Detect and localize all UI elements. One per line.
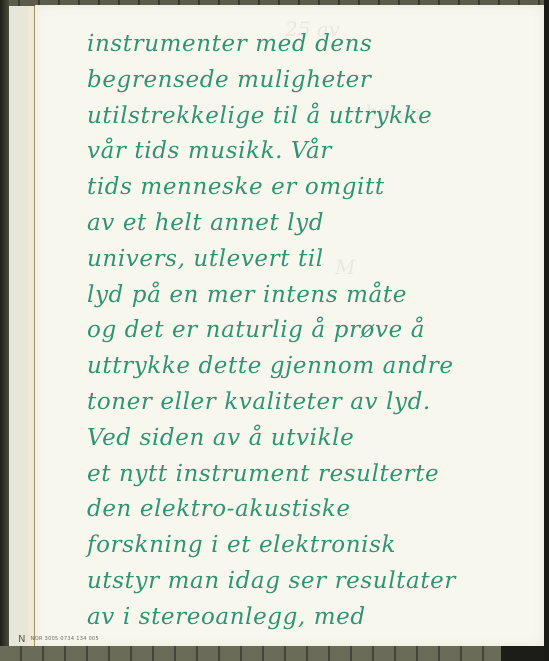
- text-line: Ved siden av å utvikle: [87, 421, 547, 457]
- text-line: og det er naturlig å prøve å: [87, 313, 547, 349]
- text-line: begrensede muligheter: [87, 63, 547, 99]
- text-line: av et helt annet lyd: [87, 206, 547, 242]
- text-line: av i stereoanlegg, med: [87, 600, 547, 636]
- text-line: utilstrekkelige til å uttrykke: [87, 99, 547, 135]
- text-line: den elektro-akustiske: [87, 492, 547, 528]
- handwritten-text: instrumenter med dens begrensede mulighe…: [87, 27, 547, 636]
- text-line: lyd på en mer intens måte: [87, 278, 547, 314]
- archive-mark: N: [18, 634, 26, 645]
- text-line: utstyr man idag ser resultater: [87, 564, 547, 600]
- text-line: toner eller kvaliteter av lyd.: [87, 385, 547, 421]
- text-line: instrumenter med dens: [87, 27, 547, 63]
- archive-label: N NOR 3005 0734 134 005: [18, 634, 99, 645]
- text-line: uttrykke dette gjennom andre: [87, 349, 547, 385]
- text-line: tids menneske er omgitt: [87, 170, 547, 206]
- text-line: vår tids musikk. Vår: [87, 134, 547, 170]
- manuscript-scan: 25 av bn vn M instrumenter med dens begr…: [0, 0, 549, 661]
- archive-reference: NOR 3005 0734 134 005: [31, 636, 99, 642]
- manuscript-page: 25 av bn vn M instrumenter med dens begr…: [35, 5, 544, 646]
- text-line: et nytt instrument resulterte: [87, 457, 547, 493]
- bottom-binding-strip: [0, 646, 549, 661]
- right-edge: [544, 0, 549, 661]
- text-line: forskning i et elektronisk: [87, 528, 547, 564]
- text-line: univers, utlevert til: [87, 242, 547, 278]
- left-binding: [0, 0, 9, 661]
